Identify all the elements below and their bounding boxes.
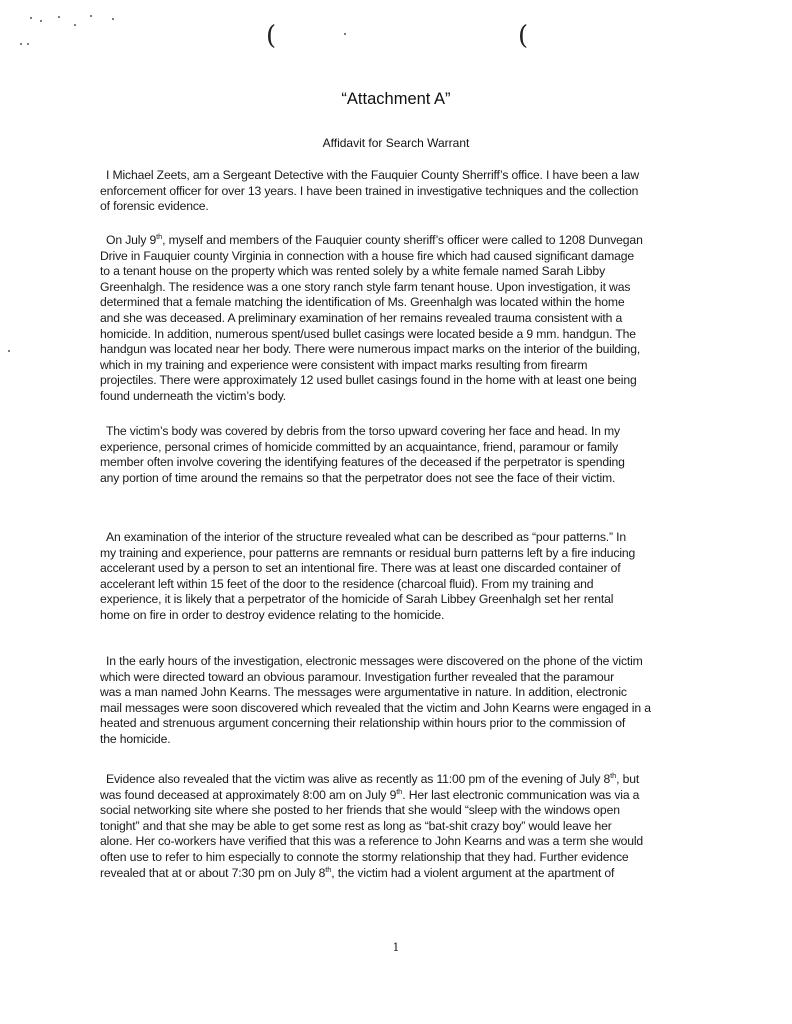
text-line: enforcement officer for over 13 years. I… — [100, 184, 710, 200]
text-line: to a tenant house on the property which … — [100, 264, 710, 280]
text-segment: On July 9 — [106, 233, 156, 247]
text-line: was a man named John Kearns. The message… — [100, 685, 710, 701]
text-line: which in my training and experience were… — [100, 358, 710, 374]
text-segment: , the victim had a violent argument at t… — [331, 866, 614, 880]
text-line: accelerant used by a person to set an in… — [100, 561, 710, 577]
paragraph-pour-patterns: An examination of the interior of the st… — [100, 530, 710, 624]
paragraph-body-covered: The victim’s body was covered by debris … — [100, 424, 710, 486]
text-line: and she was deceased. A preliminary exam… — [100, 311, 710, 327]
text-line: found underneath the victim’s body. — [100, 389, 710, 405]
text-line: handgun was located near her body. There… — [100, 342, 710, 358]
scan-speck — [8, 350, 10, 352]
text-segment: Evidence also revealed that the victim w… — [106, 772, 610, 786]
text-segment: . Her last electronic communication was … — [402, 788, 639, 802]
text-line: member often involve covering the identi… — [100, 455, 710, 471]
binder-mark-right: ( — [518, 23, 528, 49]
paragraph-affiant: I Michael Zeets, am a Sergeant Detective… — [100, 168, 710, 215]
text-line: Evidence also revealed that the victim w… — [100, 772, 710, 788]
scan-speck — [344, 33, 346, 35]
paragraph-scene: On July 9th, myself and members of the F… — [100, 233, 710, 405]
text-line: experience, personal crimes of homicide … — [100, 440, 710, 456]
text-line: Greenhalgh. The residence was a one stor… — [100, 280, 710, 296]
scan-speck — [74, 24, 76, 26]
text-line: any portion of time around the remains s… — [100, 471, 710, 487]
text-line: heated and strenuous argument concerning… — [100, 716, 710, 732]
text-line: often use to refer to him especially to … — [100, 850, 710, 866]
text-segment: revealed that at or about 7:30 pm on Jul… — [100, 866, 325, 880]
text-line: homicide. In addition, numerous spent/us… — [100, 327, 710, 343]
text-line: experience, it is likely that a perpetra… — [100, 592, 710, 608]
text-line: of forensic evidence. — [100, 199, 710, 215]
text-line: Drive in Fauquier county Virginia in con… — [100, 249, 710, 265]
text-line: the homicide. — [100, 732, 710, 748]
scan-speck — [90, 15, 92, 17]
scan-speck — [58, 16, 60, 18]
document-page: ( ( “Attachment A” Affidavit for Search … — [0, 0, 792, 1024]
text-line: The victim’s body was covered by debris … — [100, 424, 710, 440]
text-line: determined that a female matching the id… — [100, 295, 710, 311]
text-line: was found deceased at approximately 8:00… — [100, 788, 710, 804]
text-line: On July 9th, myself and members of the F… — [100, 233, 710, 249]
page-number: 1 — [0, 941, 792, 954]
scan-speck — [27, 43, 29, 45]
text-line: my training and experience, pour pattern… — [100, 546, 710, 562]
text-line: accelerant left within 15 feet of the do… — [100, 577, 710, 593]
document-subtitle: Affidavit for Search Warrant — [0, 136, 792, 150]
scan-speck — [30, 17, 32, 19]
paragraph-electronic-messages: In the early hours of the investigation,… — [100, 654, 710, 748]
scan-speck — [40, 20, 42, 22]
document-title: “Attachment A” — [0, 90, 792, 109]
binder-mark-left: ( — [266, 23, 276, 49]
text-line: home on fire in order to destroy evidenc… — [100, 608, 710, 624]
text-line: An examination of the interior of the st… — [100, 530, 710, 546]
text-line: social networking site where she posted … — [100, 803, 710, 819]
text-line: which were directed toward an obvious pa… — [100, 670, 710, 686]
text-line: projectiles. There were approximately 12… — [100, 373, 710, 389]
text-line: In the early hours of the investigation,… — [100, 654, 710, 670]
text-segment: , myself and members of the Fauquier cou… — [162, 233, 643, 247]
paragraph-timeline: Evidence also revealed that the victim w… — [100, 772, 710, 881]
scan-speck — [20, 43, 22, 45]
text-line: I Michael Zeets, am a Sergeant Detective… — [100, 168, 710, 184]
scan-speck — [112, 18, 114, 20]
text-line: mail messages were soon discovered which… — [100, 701, 710, 717]
text-segment: , but — [616, 772, 639, 786]
text-segment: was found deceased at approximately 8:00… — [100, 788, 396, 802]
text-line: tonight” and that she may be able to get… — [100, 819, 710, 835]
text-line: alone. Her co-workers have verified that… — [100, 834, 710, 850]
text-line: revealed that at or about 7:30 pm on Jul… — [100, 866, 710, 882]
